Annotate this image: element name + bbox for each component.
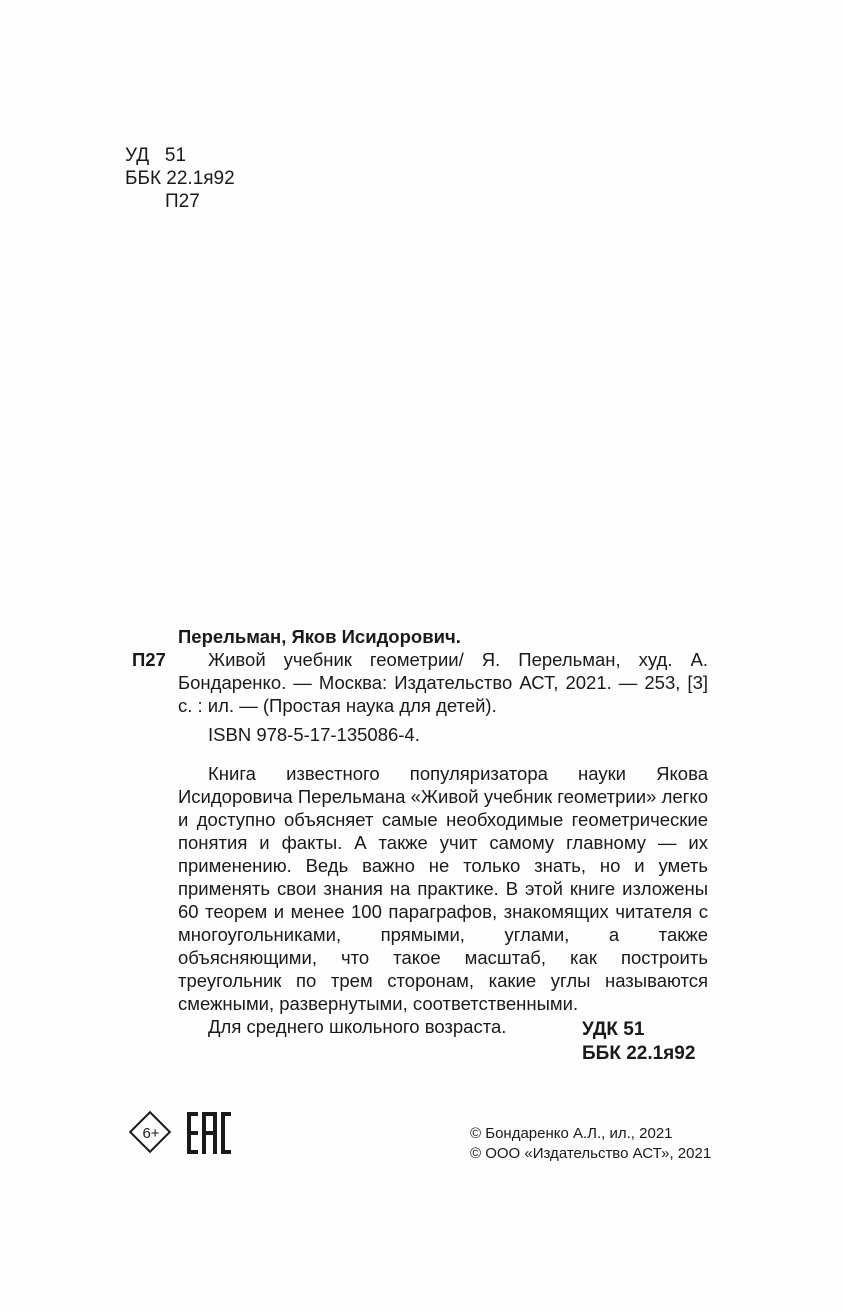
age-rating-badge: 6+	[129, 1111, 173, 1155]
classification-codes-bottom: УДК 51 ББК 22.1я92	[582, 1018, 695, 1066]
cutter-code: П27	[125, 190, 235, 213]
eac-conformity-icon	[187, 1111, 231, 1155]
isbn: ISBN 978-5-17-135086-4.	[178, 723, 708, 746]
bibliographic-record: Перельман, Яков Исидорович. П27 Живой уч…	[178, 625, 708, 1038]
copyright-notices: © Бондаренко А.Л., ил., 2021 © ООО «Изда…	[470, 1124, 711, 1164]
age-rating-label: 6+	[129, 1111, 173, 1155]
author-heading: Перельман, Яков Исидорович.	[178, 625, 708, 648]
classification-codes-top: УД 51 ББК 22.1я92 П27	[125, 144, 235, 213]
copyright-illustrator: © Бондаренко А.Л., ил., 2021	[470, 1124, 711, 1144]
udk-code: УД 51	[125, 144, 235, 167]
annotation: Книга известного популяризатора науки Як…	[178, 762, 708, 1038]
udk-code-bottom: УДК 51	[582, 1018, 695, 1042]
copyright-publisher: © ООО «Издательство АСТ», 2021	[470, 1144, 711, 1164]
bibliographic-description: Живой учебник геометрии/ Я. Перельман, х…	[178, 648, 708, 717]
annotation-text: Книга известного популяризатора науки Як…	[178, 762, 708, 1015]
certification-marks: 6+	[125, 1102, 231, 1164]
bbk-code-bottom: ББК 22.1я92	[582, 1042, 695, 1066]
imprint-page: УД 51 ББК 22.1я92 П27 Перельман, Яков Ис…	[0, 0, 844, 1311]
bbk-code: ББК 22.1я92	[125, 167, 235, 190]
cutter-mark: П27	[132, 648, 166, 671]
